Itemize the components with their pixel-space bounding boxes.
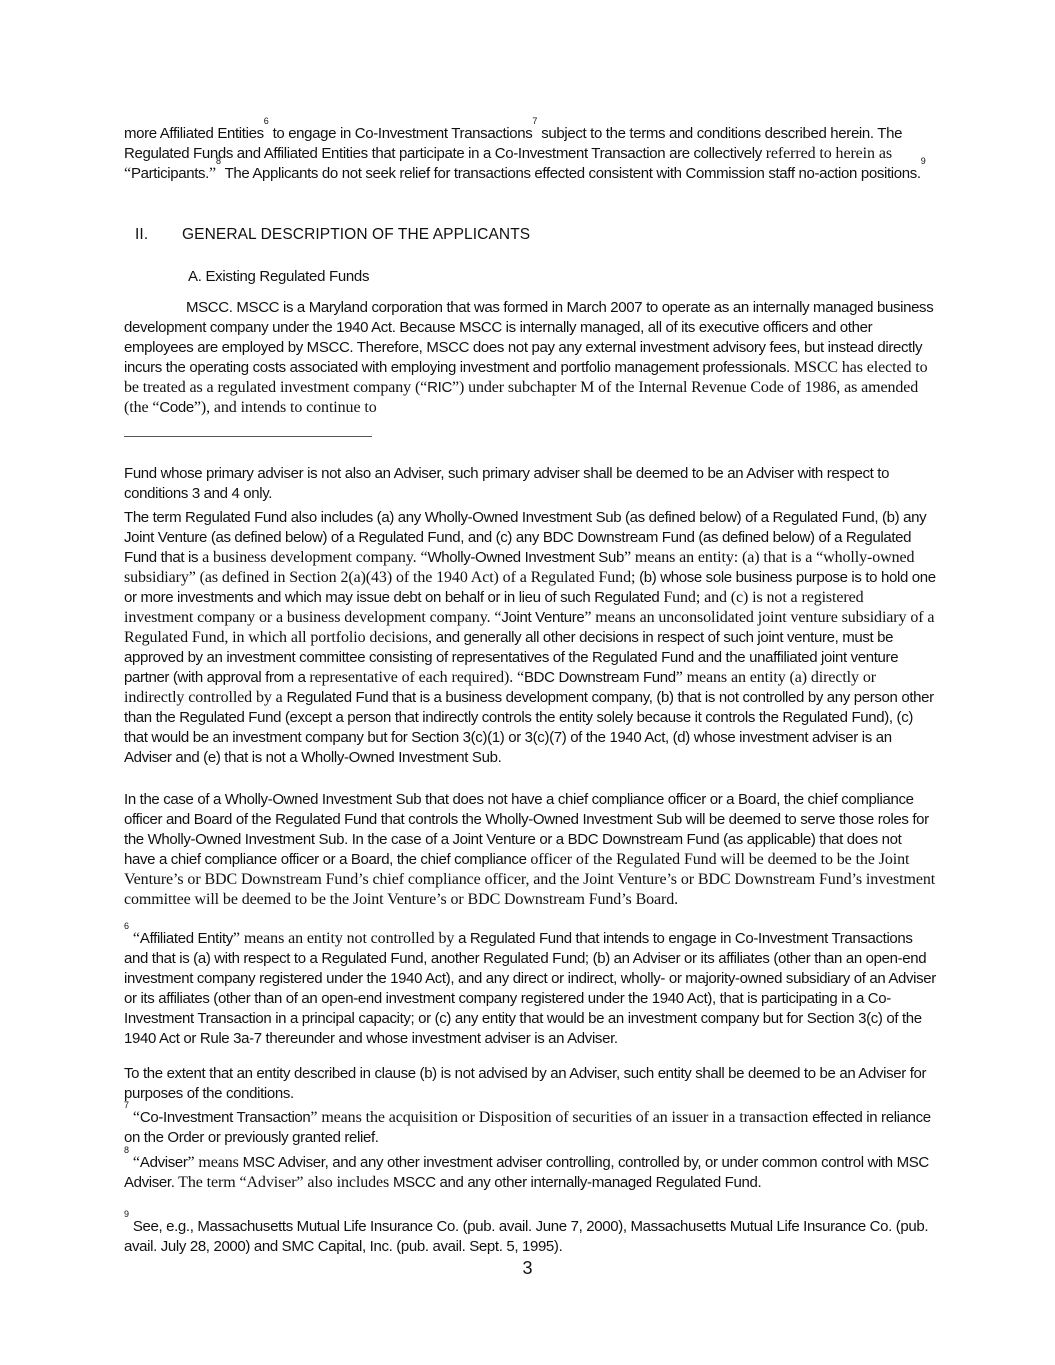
footnote-regulated-fund-definition: The term Regulated Fund also includes (a… bbox=[124, 493, 936, 783]
text: Co-Investment Transaction bbox=[140, 1109, 311, 1126]
section-number: II. bbox=[135, 226, 148, 244]
document-page: more Affiliated Entities6 to engage in C… bbox=[0, 0, 1055, 1365]
text: ” bbox=[209, 165, 216, 182]
text: “ bbox=[129, 930, 140, 947]
footnote-number-9: 9 bbox=[124, 1209, 129, 1219]
text: ” means the acquisition or Disposition o… bbox=[310, 1109, 808, 1126]
text: Joint Venture bbox=[501, 609, 584, 626]
text: a business development company. “ bbox=[198, 549, 427, 566]
footnote-ref-9[interactable]: 9 bbox=[921, 156, 926, 166]
text: RIC bbox=[427, 379, 452, 396]
footnote-6: 6 “Affiliated Entity” means an entity no… bbox=[124, 914, 936, 1119]
footnote-separator bbox=[124, 436, 372, 437]
text: “ bbox=[129, 1109, 140, 1126]
text: “ bbox=[129, 1154, 140, 1171]
footnote-number-8: 8 bbox=[124, 1145, 129, 1155]
text: ” means an entity not controlled by bbox=[233, 930, 454, 947]
text: a Regulated Fund that intends to engage … bbox=[124, 930, 936, 1047]
text: Adviser bbox=[140, 1154, 188, 1171]
intro-paragraph: more Affiliated Entities6 to engage in C… bbox=[124, 124, 936, 184]
text: Code bbox=[159, 399, 193, 416]
text: The Applicants do not seek relief for tr… bbox=[221, 165, 921, 182]
footnote-8: 8 “Adviser” means MSC Adviser, and any o… bbox=[124, 1138, 936, 1208]
footnote-cco-paragraph: In the case of a Wholly-Owned Investment… bbox=[124, 775, 936, 925]
footnote-ref-8[interactable]: 8 bbox=[216, 156, 221, 166]
text: ”), and intends to continue to bbox=[194, 399, 377, 416]
text: See, e.g., Massachusetts Mutual Life Ins… bbox=[124, 1218, 928, 1255]
footnote-ref-7[interactable]: 7 bbox=[532, 116, 537, 126]
text: ” means bbox=[188, 1154, 239, 1171]
page-number: 3 bbox=[0, 1258, 1055, 1279]
mscc-paragraph: MSCC. MSCC is a Maryland corporation tha… bbox=[124, 298, 936, 418]
text: The term “Adviser” also includes bbox=[175, 1174, 390, 1191]
footnote-ref-6[interactable]: 6 bbox=[264, 116, 269, 126]
text: Affiliated Entity bbox=[140, 930, 233, 947]
footnote-number-7: 7 bbox=[124, 1100, 129, 1110]
text: Wholly-Owned Investment Sub bbox=[427, 549, 623, 566]
text: representative of each required). “ bbox=[309, 669, 524, 686]
text: to engage in Co-Investment Transactions bbox=[269, 125, 533, 142]
footnote-number-6: 6 bbox=[124, 921, 129, 931]
text: MSCC and any other internally-managed Re… bbox=[389, 1174, 761, 1191]
text: more Affiliated Entities bbox=[124, 125, 264, 142]
subsection-heading: A. Existing Regulated Funds bbox=[188, 268, 369, 285]
section-heading: GENERAL DESCRIPTION OF THE APPLICANTS bbox=[182, 226, 530, 244]
text: Participants. bbox=[131, 165, 209, 182]
text: BDC Downstream Fund bbox=[524, 669, 676, 686]
